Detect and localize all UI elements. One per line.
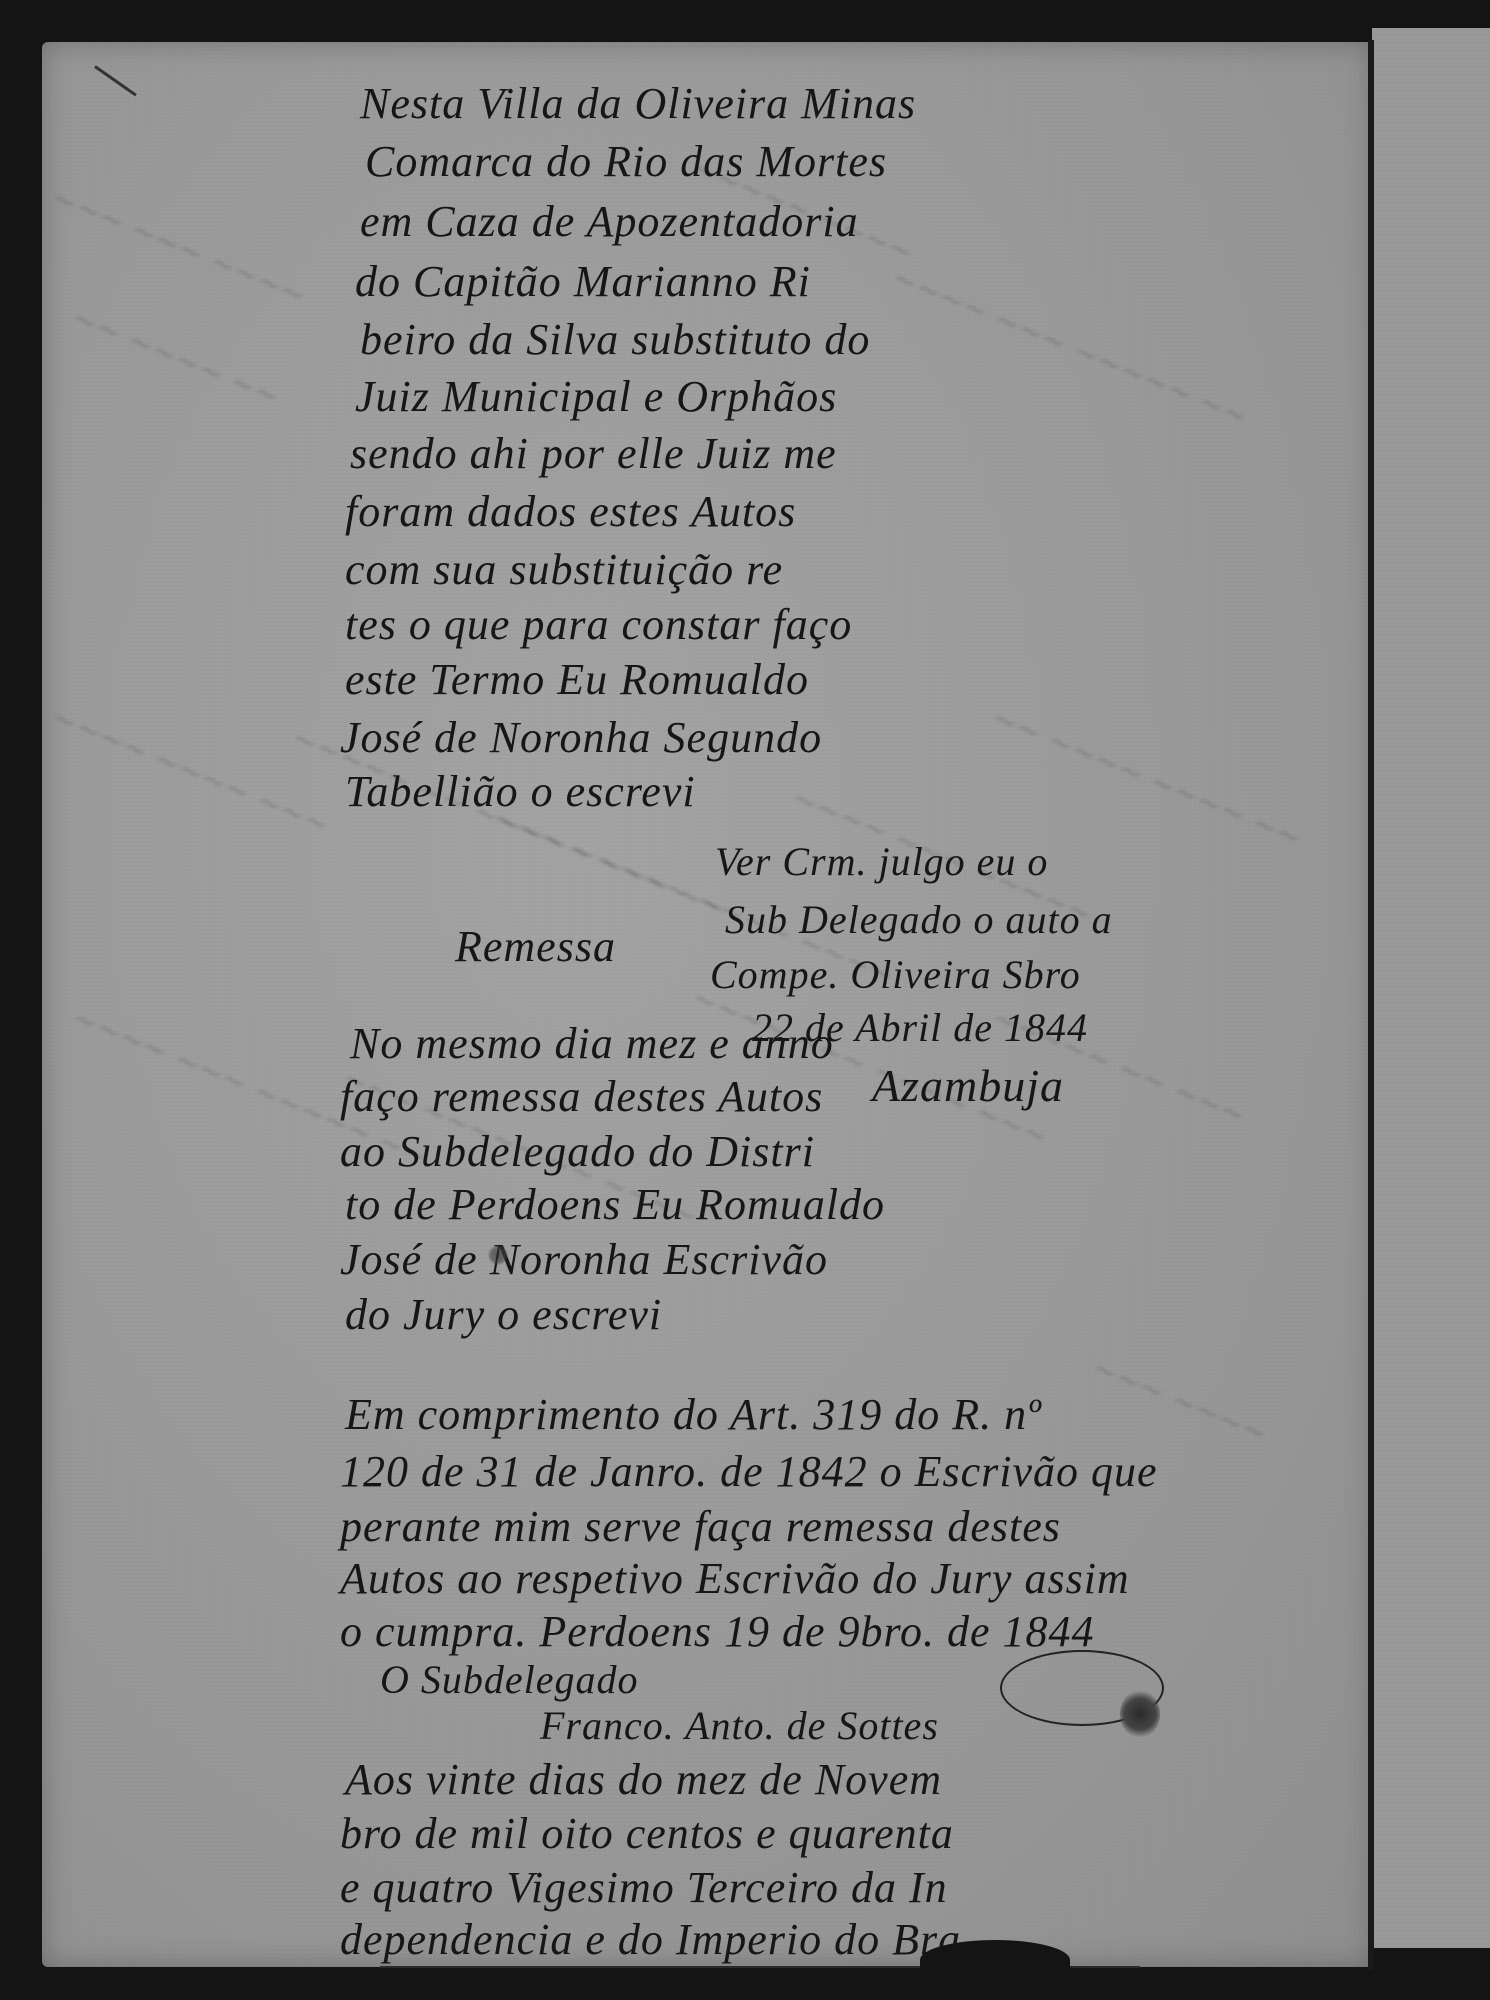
text-line: e quatro Vigesimo Terceiro da In <box>340 1866 948 1910</box>
text-line: Aos vinte dias do mez de Novem <box>345 1758 942 1802</box>
text-line: tes o que para constar faço <box>345 603 852 647</box>
page-gutter <box>1368 40 1374 1970</box>
signature-azambuja: Azambuja <box>872 1063 1064 1109</box>
text-line: Compe. Oliveira Sbro <box>710 955 1081 995</box>
text-line: Em comprimento do Art. 319 do R. nº <box>345 1393 1042 1437</box>
text-line: 120 de 31 de Janro. de 1842 o Escrivão q… <box>340 1450 1158 1494</box>
text-line: Tabellião o escrevi <box>345 770 696 814</box>
ink-blot <box>488 1245 508 1265</box>
text-line: Juiz Municipal e Orphãos <box>355 375 837 419</box>
text-line: foram dados estes Autos <box>345 490 796 534</box>
text-line: José de Noronha Segundo <box>340 716 822 760</box>
text-line: dependencia e do Imperio do Bra <box>340 1918 961 1962</box>
text-line: faço remessa destes Autos <box>340 1075 823 1119</box>
page-tear <box>920 1940 1070 1980</box>
text-line: este Termo Eu Romualdo <box>345 658 809 702</box>
text-line: bro de mil oito centos e quarenta <box>340 1812 954 1856</box>
text-line: to de Perdoens Eu Romualdo <box>345 1183 885 1227</box>
text-line: do Jury o escrevi <box>345 1293 662 1337</box>
text-line: Nesta Villa da Oliveira Minas <box>360 82 916 126</box>
section-heading: Remessa <box>455 925 616 969</box>
text-line: Comarca do Rio das Mortes <box>365 140 887 184</box>
adjacent-page <box>1372 28 1490 1948</box>
closing-title: O Subdelegado <box>380 1660 639 1700</box>
text-line: do Capitão Marianno Ri <box>355 260 811 304</box>
text-line: beiro da Silva substituto do <box>360 318 870 362</box>
text-line: No mesmo dia mez e anno <box>350 1022 834 1066</box>
text-line: Sub Delegado o auto a <box>725 900 1113 940</box>
text-line: sendo ahi por elle Juiz me <box>350 432 837 476</box>
text-line: José de Noronha Escrivão <box>340 1238 828 1282</box>
text-line: em Caza de Apozentadoria <box>360 200 859 244</box>
text-line: perante mim serve faça remessa destes <box>340 1505 1061 1549</box>
text-line: ao Subdelegado do Distri <box>340 1130 815 1174</box>
signature-subdelegado: Franco. Anto. de Sottes <box>540 1706 939 1746</box>
text-line: Ver Crm. julgo eu o <box>715 842 1048 882</box>
text-line: o cumpra. Perdoens 19 de 9bro. de 1844 <box>340 1610 1095 1654</box>
text-line: com sua substituição re <box>345 548 783 592</box>
text-line: Autos ao respetivo Escrivão do Jury assi… <box>340 1557 1130 1601</box>
ink-blot <box>1120 1690 1160 1738</box>
